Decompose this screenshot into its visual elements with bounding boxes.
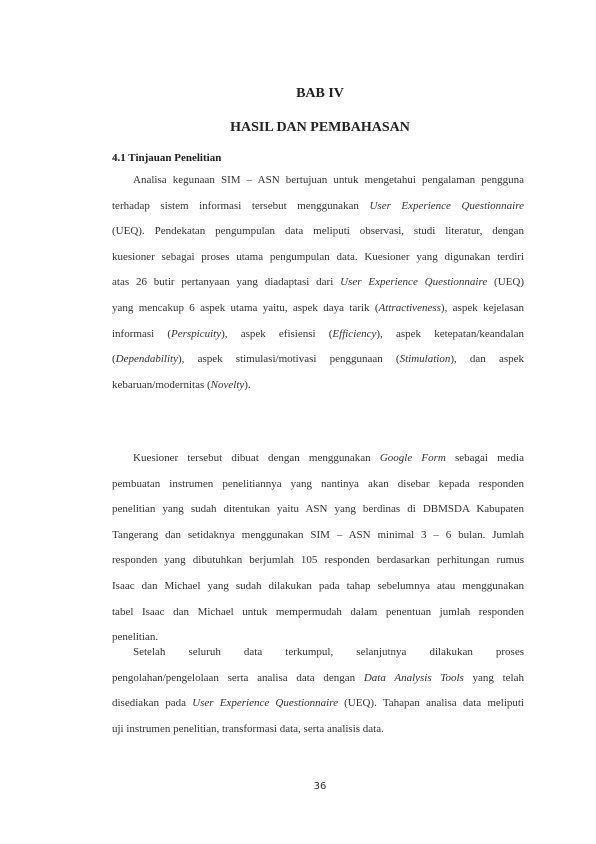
- text-span: penelitian yang sudah ditentukan yaitu A…: [112, 503, 524, 515]
- text-line: disediakan pada User Experience Question…: [112, 696, 524, 710]
- italic-term: Stimulation: [400, 353, 451, 365]
- text-line: (UEQ). Pendekatan pengumpulan data melip…: [112, 224, 524, 238]
- italic-term: User Experience Questionnaire: [369, 200, 524, 212]
- text-line: atas 26 butir pertanyaan yang diadaptasi…: [112, 275, 524, 289]
- italic-term: Dependability: [116, 353, 178, 365]
- text-span: ), aspek efisiensi (: [221, 328, 332, 340]
- italic-term: Novelty: [211, 379, 245, 391]
- text-span: ), aspek stimulasi/motivasi penggunaan (: [178, 353, 400, 365]
- text-span: Isaac dan Michael yang sudah dilakukan p…: [112, 580, 524, 592]
- text-line: tabel Isaac dan Michael untuk mempermuda…: [112, 605, 524, 619]
- text-span: pembuatan instrumen penelitiannya yang n…: [112, 478, 524, 490]
- text-line: pembuatan instrumen penelitiannya yang n…: [112, 477, 524, 491]
- text-span: ), dan aspek: [450, 353, 524, 365]
- text-span: penelitian.: [112, 631, 158, 643]
- text-span: Tangerang dan setidaknya menggunakan SIM…: [112, 529, 524, 541]
- text-line: yang mencakup 6 aspek utama yaitu, aspek…: [112, 301, 524, 315]
- text-span: sebagai media: [446, 452, 524, 464]
- text-span: Kuesioner tersebut dibuat dengan menggun…: [133, 452, 380, 464]
- text-span: responden yang dibutuhkan berjumlah 105 …: [112, 554, 524, 566]
- page-number: 36: [22, 781, 596, 792]
- text-span: disediakan pada: [112, 697, 192, 709]
- text-line: informasi (Perspicuity), aspek efisiensi…: [112, 327, 524, 341]
- italic-term: Attractiveness: [379, 302, 441, 314]
- text-line: terhadap sistem informasi tersebut mengg…: [112, 199, 524, 213]
- text-span: terhadap sistem informasi tersebut mengg…: [112, 200, 369, 212]
- text-span: pengolahan/pengelolaan serta analisa dat…: [112, 672, 364, 684]
- text-span: Setelah seluruh data terkumpul, selanjut…: [133, 646, 524, 658]
- italic-term: Data Analysis Tools: [364, 672, 464, 684]
- text-span: yang telah: [464, 672, 524, 684]
- text-span: (UEQ): [487, 276, 524, 288]
- text-span: atas 26 butir pertanyaan yang diadaptasi…: [112, 276, 340, 288]
- text-span: Analisa kegunaan SIM – ASN bertujuan unt…: [133, 174, 524, 186]
- chapter-number: BAB IV: [22, 86, 596, 102]
- document-page: BAB IV HASIL DAN PEMBAHASAN 4.1 Tinjauan…: [0, 0, 596, 844]
- chapter-title: HASIL DAN PEMBAHASAN: [22, 120, 596, 136]
- text-line: kebaruan/modernitas (Novelty).: [112, 378, 524, 392]
- text-span: informasi (: [112, 328, 171, 340]
- italic-term: Google Form: [380, 452, 446, 464]
- section-heading: 4.1 Tinjauan Penelitian: [112, 152, 221, 164]
- text-line: Isaac dan Michael yang sudah dilakukan p…: [112, 579, 524, 593]
- text-span: kebaruan/modernitas (: [112, 379, 211, 391]
- italic-term: Perspicuity: [171, 328, 221, 340]
- text-line: penelitian yang sudah ditentukan yaitu A…: [112, 502, 524, 516]
- text-span: tabel Isaac dan Michael untuk mempermuda…: [112, 606, 524, 618]
- text-line: pengolahan/pengelolaan serta analisa dat…: [112, 671, 524, 685]
- text-line: Kuesioner tersebut dibuat dengan menggun…: [133, 451, 524, 465]
- text-span: kuesioner sebagai proses utama pengumpul…: [112, 251, 524, 263]
- text-span: ).: [244, 379, 250, 391]
- text-span: uji instrumen penelitian, transformasi d…: [112, 723, 384, 735]
- text-span: (UEQ). Pendekatan pengumpulan data melip…: [112, 225, 524, 237]
- text-span: yang mencakup 6 aspek utama yaitu, aspek…: [112, 302, 379, 314]
- text-line: Tangerang dan setidaknya menggunakan SIM…: [112, 528, 524, 542]
- text-line: kuesioner sebagai proses utama pengumpul…: [112, 250, 524, 264]
- italic-term: User Experience Questionnaire: [192, 697, 338, 709]
- text-line: penelitian.: [112, 630, 524, 644]
- text-line: responden yang dibutuhkan berjumlah 105 …: [112, 553, 524, 567]
- italic-term: User Experience Questionnaire: [340, 276, 487, 288]
- text-span: ), aspek ketepatan/keandalan: [376, 328, 524, 340]
- text-span: ), aspek kejelasan: [441, 302, 524, 314]
- italic-term: Efficiency: [332, 328, 376, 340]
- text-line: Setelah seluruh data terkumpul, selanjut…: [133, 645, 524, 659]
- text-span: (UEQ). Tahapan analisa data meliputi: [338, 697, 524, 709]
- text-line: Analisa kegunaan SIM – ASN bertujuan unt…: [133, 173, 524, 187]
- text-line: uji instrumen penelitian, transformasi d…: [112, 722, 524, 736]
- text-line: (Dependability), aspek stimulasi/motivas…: [112, 352, 524, 366]
